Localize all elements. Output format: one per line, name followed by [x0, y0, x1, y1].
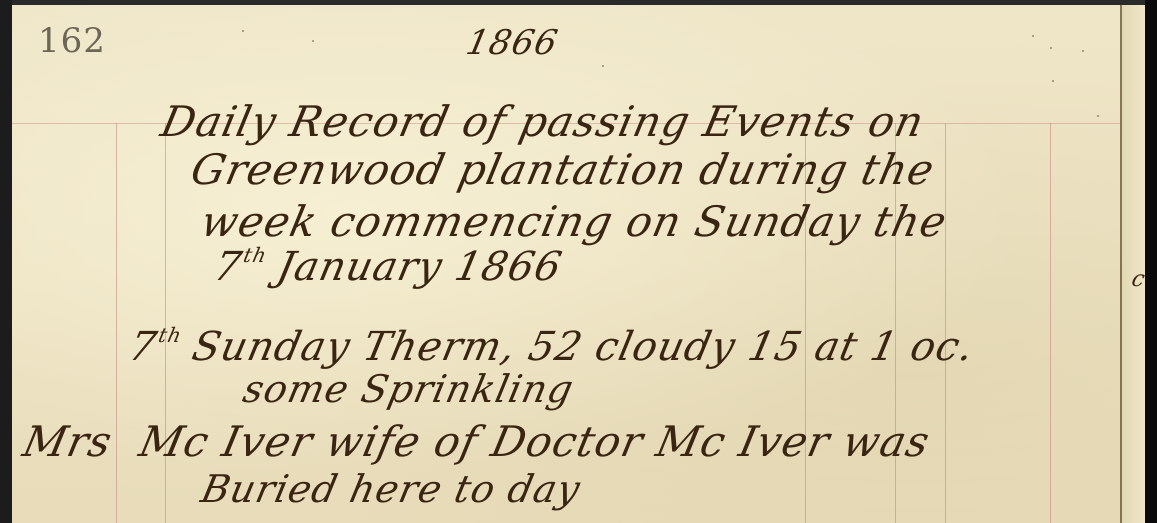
paper-speck	[1052, 80, 1054, 82]
entry-2-line-2: Buried here to day	[197, 467, 584, 511]
paper-speck	[242, 30, 244, 32]
year-heading: 1866	[463, 23, 562, 63]
paper-speck	[1082, 50, 1084, 52]
paper-speck	[1032, 35, 1034, 37]
entry-1-text: Sunday Therm, 52 cloudy 15 at 1 oc.	[188, 324, 978, 370]
entry-1-day: 7	[125, 324, 161, 370]
paper-speck	[602, 65, 604, 67]
entry-2-prefix: Mrs	[19, 417, 117, 466]
paper-speck	[312, 40, 314, 42]
page-number: 162	[38, 21, 106, 61]
heading-day: 7	[210, 244, 246, 290]
heading-line-3: week commencing on Sunday the	[197, 197, 952, 246]
entry-1-day-suffix: th	[156, 323, 184, 347]
column-rule-4	[1050, 123, 1051, 523]
entry-1-line-2: some Sprinkling	[239, 367, 578, 411]
entry-2-line-1: Mrs Mc Iver wife of Doctor Mc Iver was	[19, 417, 935, 466]
entry-2-text-a: Iver wife of Doctor Mc	[218, 417, 731, 466]
heading-date-rest: January 1866	[259, 244, 566, 290]
page-fold-line	[1120, 5, 1122, 523]
heading-line-2: Greenwood plantation during the	[187, 145, 939, 194]
heading-line-1: Daily Record of passing Events on	[157, 97, 929, 146]
ledger-page: 162 1866 Daily Record of passing Events …	[12, 5, 1145, 523]
heading-line-4: 7th January 1866	[210, 243, 567, 290]
entry-2-mc-1: Mc	[135, 417, 214, 466]
paper-speck	[1097, 115, 1099, 117]
entry-1-line-1: 7th Sunday Therm, 52 cloudy 15 at 1 oc.	[125, 323, 979, 370]
entry-2-text-b: Iver was	[735, 417, 935, 466]
book-binding	[1145, 0, 1157, 523]
paper-speck	[1050, 47, 1052, 49]
adjacent-page-edge	[1122, 5, 1145, 523]
